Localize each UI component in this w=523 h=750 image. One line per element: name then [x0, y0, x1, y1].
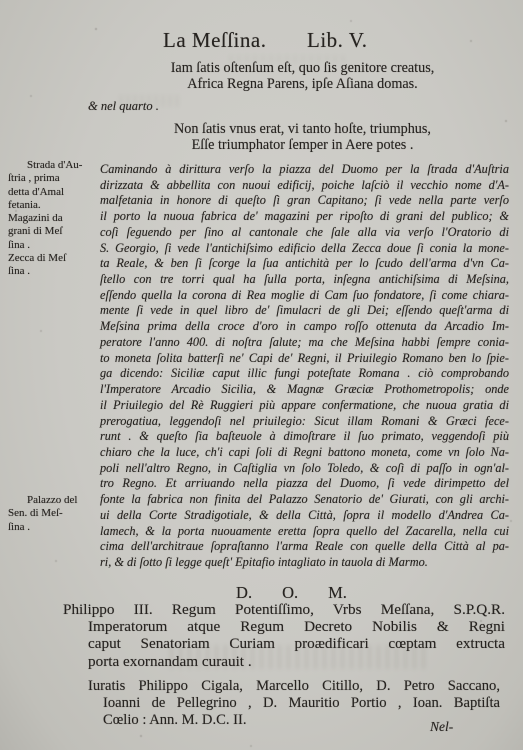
- dedication-line: Philippo III. Regum Potentiſſimo, Vrbs M…: [63, 601, 505, 618]
- scan-speckles: [0, 0, 2, 2]
- margin-note-line: ſtria , prima: [8, 172, 99, 185]
- body-line: to moneta ſolita batterſi ne' Capi de' R…: [100, 351, 509, 367]
- jurats-line: Ioanni de Pellegrino , D. Mauritio Porti…: [103, 695, 500, 712]
- body-line: peratore l'anno 400. di noſtra ſalute; m…: [100, 335, 509, 351]
- body-line: cima dell'architraue ſopraſtanno l'arma …: [100, 539, 509, 555]
- jurats-line: Iuratis Philippo Cigala, Marcello Citill…: [88, 678, 500, 695]
- body-line: prerogatiua, leggendoſi nel priuilegio: …: [100, 414, 509, 430]
- body-line: ui della Corte Stradigotiale, & della Ci…: [100, 508, 509, 524]
- body-line: ri, & di ſotto ſi legge queſt' Epitafio …: [100, 555, 509, 571]
- margin-note-palazzo: Palazzo del Sen. di Meſ- ſina .: [8, 494, 99, 534]
- margin-note-line: ſina .: [8, 239, 99, 252]
- dedication-inscription: Philippo III. Regum Potentiſſimo, Vrbs M…: [63, 601, 505, 670]
- dom-letter: M.: [328, 583, 347, 603]
- catchword: Nel-: [430, 719, 453, 735]
- margin-note-line: Sen. di Meſ-: [8, 507, 99, 520]
- body-line: ta Reale, & ben ſi ſcorge la ſua antichi…: [100, 256, 509, 272]
- body-line: il Priuilegio del Rè Ruggieri più appare…: [100, 398, 509, 414]
- margin-note-magazini: Magazini da: [8, 212, 99, 225]
- margin-note-line: detta d'Amal: [8, 186, 99, 199]
- epigraph-distich-2: Non ſatis vnus erat, vi tanto hoſte, tri…: [95, 122, 510, 153]
- body-line: l'Imperatore Arcadio Sicilia, & Magnæ Gr…: [100, 382, 509, 398]
- body-line: runt . & queſto ſia baſteuole à dimoſtra…: [100, 429, 509, 445]
- dom-letter: O.: [282, 583, 298, 603]
- dom-letter: D.: [236, 583, 252, 603]
- margin-note-line: grani di Meſ: [8, 225, 99, 238]
- body-line: il porto la nuoua fabrica de' magazini p…: [100, 209, 509, 225]
- body-line: fonte la fabrica non finita del Palazzo …: [100, 492, 509, 508]
- body-line: dirizzata & abbellita con nuoui edificij…: [100, 178, 509, 194]
- verse-line: Non ſatis vnus erat, vi tanto hoſte, tri…: [95, 122, 510, 138]
- margin-note-line: Palazzo del: [27, 494, 99, 507]
- body-line: ga dicendo: Siciliæ caput illic fungi po…: [100, 366, 509, 382]
- running-head-book-number: Lib. V.: [307, 28, 368, 53]
- quarto-note: & nel quarto .: [88, 99, 159, 114]
- margin-note-line: ſina .: [8, 521, 99, 534]
- body-line: eſſendo quella la corona di Rea moglie d…: [100, 288, 509, 304]
- margin-note-strada-daustria: Strada d'Au-: [27, 159, 99, 172]
- body-line: tro Regno. Et arriuando nella piazza del…: [100, 476, 509, 492]
- body-line: Meſsina prima della croce d'oro in campo…: [100, 319, 509, 335]
- book-page-scan: La Meſſina. Lib. V. Iam ſatis oſtenſum e…: [0, 0, 523, 750]
- body-line: lamech, & la porta nuouamente eretta ſop…: [100, 524, 509, 540]
- margin-note-zecca: Zecca di Meſ: [8, 252, 99, 265]
- verse-line: Eſſe triumphator ſemper in Aere potes .: [95, 138, 510, 154]
- running-head-title: La Meſſina.: [163, 28, 266, 53]
- dedication-line: porta exornandam curauit .: [88, 653, 505, 670]
- dedication-line: Imperatorum atque Regum Decreto Nobilis …: [88, 618, 505, 635]
- epigraph-distich-1: Iam ſatis oſtenſum eſt, quo ſis genitore…: [95, 61, 510, 92]
- margin-notes-upper: Strada d'Au- ſtria , prima detta d'Amal …: [8, 159, 99, 279]
- body-line: Caminando à dirittura verſo la piazza de…: [100, 162, 509, 178]
- dedication-line: caput Senatoriam Curiam proædificari cœp…: [88, 635, 505, 652]
- margin-note-line: ſina .: [8, 265, 99, 278]
- verse-line: Africa Regna Parens, ipſe Aſiana domas.: [95, 77, 510, 93]
- body-line: coſì ſeguendo per ſino al cantonale che …: [100, 225, 509, 241]
- body-line: poli nell'altro Regno, in Caſtiglia vn ſ…: [100, 461, 509, 477]
- dom-heading: D. O. M.: [100, 583, 509, 603]
- margin-note-line: fetania.: [8, 199, 99, 212]
- body-line: ſtello con tre torri qual ha ſulla porta…: [100, 272, 509, 288]
- body-paragraph: Caminando à dirittura verſo la piazza de…: [100, 162, 509, 571]
- body-line: chiaro che la luce, ch'i capi ſoli di Re…: [100, 445, 509, 461]
- verse-line: Iam ſatis oſtenſum eſt, quo ſis genitore…: [95, 61, 510, 77]
- body-line: malfetania in honore di queſto ſì gran C…: [100, 193, 509, 209]
- body-line: S. Georgio, ſi vede l'antichiſsimo edifi…: [100, 241, 509, 257]
- body-line: mente ſi vede in quel libro de' ſimulacr…: [100, 303, 509, 319]
